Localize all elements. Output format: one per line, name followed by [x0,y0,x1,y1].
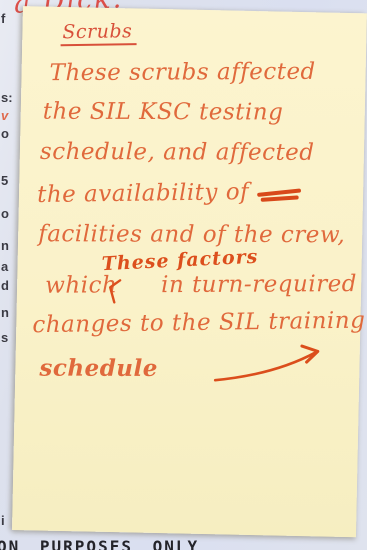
note-line: facilities and of the crew, [38,221,345,248]
insertion-caret-icon [107,278,123,304]
note-line: schedule, and affected [40,139,315,166]
note-line: changes to the SIL training [32,308,365,339]
edge-letter: s [1,330,8,345]
edge-letter: n [1,238,9,253]
note-line: which in turn-required [45,271,357,299]
note-line: the SIL KSC testing [43,99,284,126]
yellow-note: Scrubs These scrubs affected the SIL KSC… [12,6,367,537]
edge-letter: d [1,278,9,293]
note-line-text: in turn-required [161,271,357,298]
note-line: These scrubs affected [50,59,316,86]
bottom-stamp-text: ON PURPOSES ONLY [0,537,199,550]
edge-letter: n [1,305,9,320]
scribbled-out-word [257,188,301,196]
edge-letter: a [1,259,8,274]
edge-letter: 5 [1,173,8,188]
note-line: the availability of [37,178,301,208]
note-line: schedule [39,355,158,382]
edge-letter: i [1,513,5,528]
scanned-page: a Dick. f s: v o 5 o n a d n s i Scrubs … [0,0,367,550]
edge-letter: f [1,11,5,26]
edge-letter: o [1,126,9,141]
edge-letter: o [1,206,9,221]
edge-letter: s: [1,90,13,105]
note-heading: Scrubs [60,20,136,46]
edge-letter: v [1,108,8,123]
right-arrow-icon [211,340,330,386]
note-line-text: the availability of [37,179,249,208]
